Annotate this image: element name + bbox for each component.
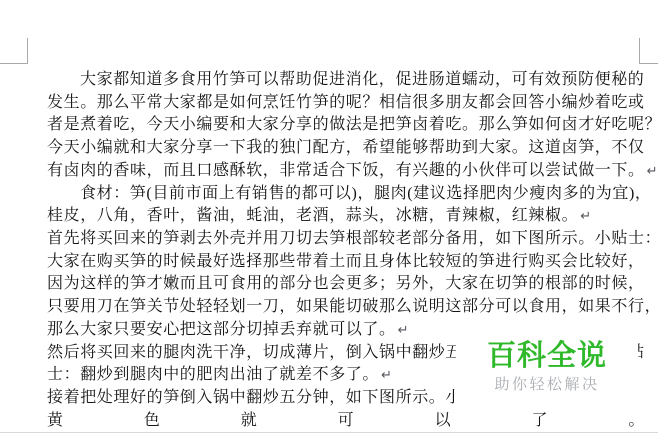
distributed-char: 就 [241,410,258,433]
line-text: 者是煮着吃，今天小编要和大家分享的做法是把笋卤着吃。那么笋如何卤才好吃呢？ [47,116,658,133]
watermark: 百科全说 助你轻松解决 [456,337,638,408]
line-text: 大家在购买笋的时候最好选择那些带着土而且身体比较短的笋进行购买会比较好， [47,253,645,270]
text-line: 大家都知道多食用竹笋可以帮助促进消化，促进肠道蠕动，可有效预防便秘的 [47,69,645,92]
distributed-char: 色 [144,410,161,433]
line-text: 那么大家只要安心把这部分切掉丢弃就可以了。 [47,321,396,338]
paragraph-mark: ↵ [580,209,592,224]
line-text: 士：翻炒到腿肉中的肥肉出油了就差不多了。 [47,366,379,383]
paragraph-mark: ↵ [381,368,393,383]
margin-crop-mark-right [639,38,658,64]
text-line: 有卤肉的香味，而且口感酥软，非常适合下饭，有兴趣的小伙伴可以尝试做一下。↵ [47,160,645,183]
text-line: 今天小编就和大家分享一下我的独门配方，希望能够帮助到大家。这道卤笋，不仅 [47,137,645,160]
line-text: 桂皮，八角，香叶，酱油，蚝油，老酒，蒜头，冰糖，青辣椒，红辣椒。 [47,207,578,224]
text-line: 首先将买回来的笋剥去外壳并用刀切去笋根部较老部分备用，如下图所示。小贴士： [47,228,645,251]
text-line: 桂皮，八角，香叶，酱油，蚝油，老酒，蒜头，冰糖，青辣椒，红辣椒。↵ [47,205,645,228]
watermark-tagline: 助你轻松解决 [456,376,638,393]
distributed-char: 以 [435,410,452,433]
text-line: 者是煮着吃，今天小编要和大家分享的做法是把笋卤着吃。那么笋如何卤才好吃呢？ [47,114,645,137]
line-text: 食材：笋(目前市面上有销售的都可以)，腿肉(建议选择肥肉少瘦肉多的为宜)， [80,185,652,202]
paragraph-mark: ↵ [647,164,658,179]
page-bottom-border [0,432,658,433]
distributed-char: 了 [531,410,548,433]
line-text: 大家都知道多食用竹笋可以帮助促进消化，促进肠道蠕动，可有效预防便秘的 [80,71,644,88]
line-text: 有卤肉的香味，而且口感酥软，非常适合下饭，有兴趣的小伙伴可以尝试做一下。 [47,162,645,179]
distributed-char: 可 [338,410,355,433]
distributed-char: 黄 [47,410,64,433]
distributed-char: 。 [628,410,645,433]
text-line: 大家在购买笋的时候最好选择那些带着土而且身体比较短的笋进行购买会比较好， [47,251,645,274]
text-line: 只要用刀在笋关节处轻轻划一刀，如果能切破那么说明这部分可以食用，如果不行， [47,296,645,319]
text-line: 因为这样的笋才嫩而且可食用的部分也会更多；另外，大家在切笋的根部的时候， [47,273,645,296]
watermark-logo: 百科全说 [456,340,638,373]
text-line: 发生。那么平常大家都是如何烹饪竹笋的呢？相信很多朋友都会回答小编炒着吃或 [47,92,645,115]
paragraph-mark: ↵ [398,323,410,338]
line-text: 今天小编就和大家分享一下我的独门配方，希望能够帮助到大家。这道卤笋，不仅 [47,139,645,156]
text-line: 黄色就可以了。 [47,410,645,433]
margin-crop-mark-left [0,38,28,64]
line-text: 首先将买回来的笋剥去外壳并用刀切去笋根部较老部分备用，如下图所示。小贴士： [47,230,658,247]
text-line: 食材：笋(目前市面上有销售的都可以)，腿肉(建议选择肥肉少瘦肉多的为宜)， [47,183,645,206]
document-page: 大家都知道多食用竹笋可以帮助促进消化，促进肠道蠕动，可有效预防便秘的发生。那么平… [0,0,658,434]
line-text: 因为这样的笋才嫩而且可食用的部分也会更多；另外，大家在切笋的根部的时候， [47,275,645,292]
line-text: 发生。那么平常大家都是如何烹饪竹笋的呢？相信很多朋友都会回答小编炒着吃或 [47,94,645,111]
line-text: 只要用刀在笋关节处轻轻划一刀，如果能切破那么说明这部分可以食用，如果不行， [47,298,658,315]
